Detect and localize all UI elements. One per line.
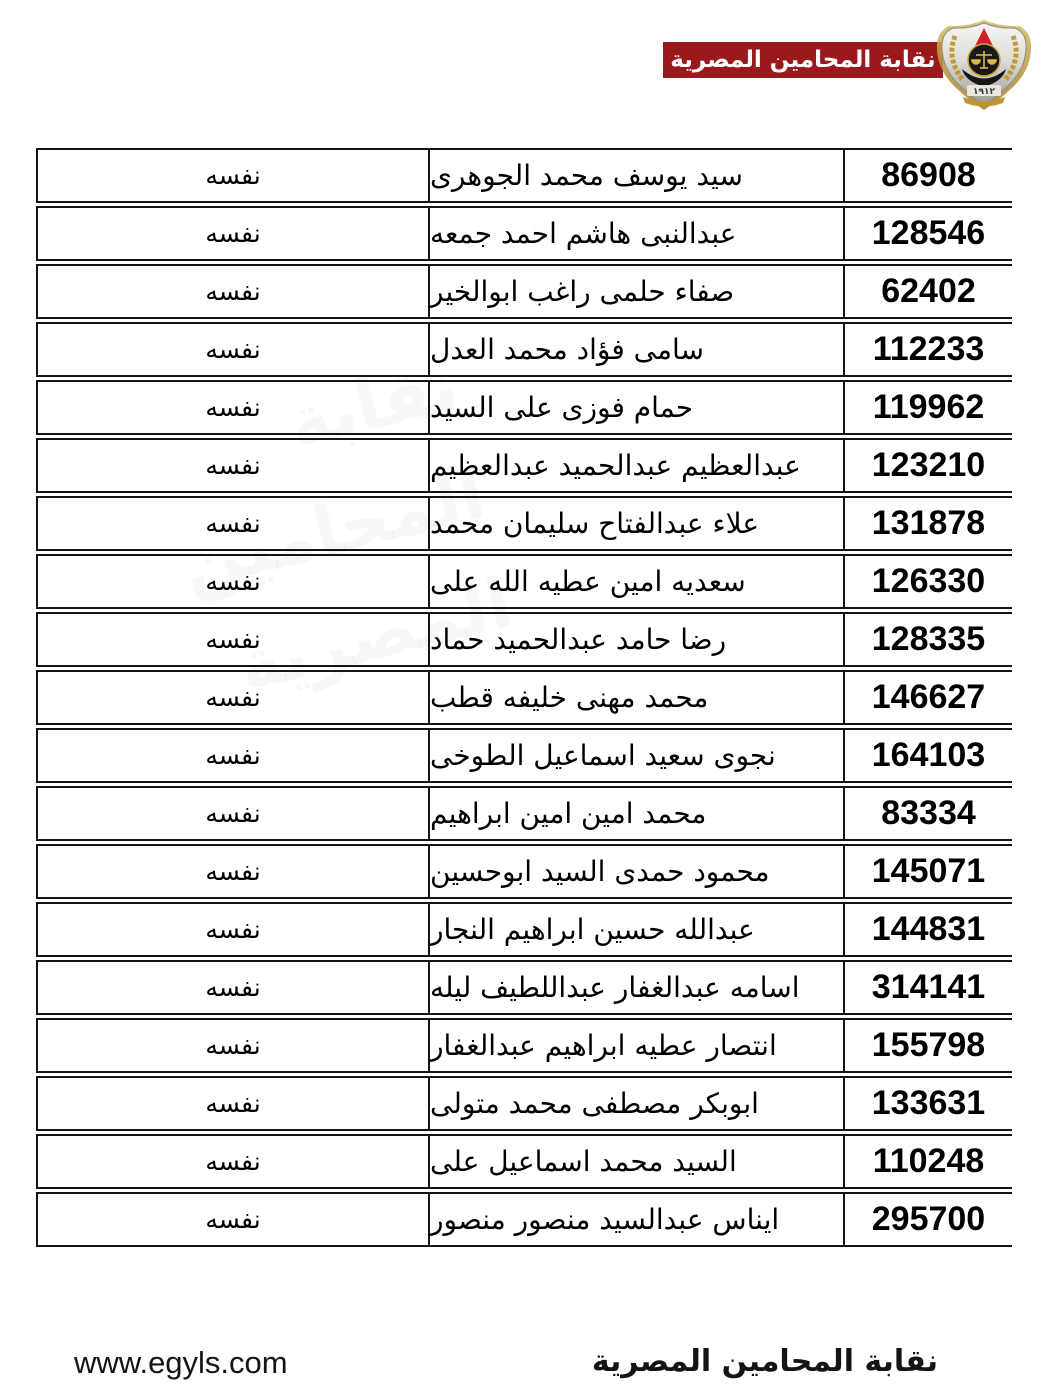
org-title: نقابة المحامين المصرية bbox=[670, 47, 935, 73]
agent-cell: نفسه bbox=[38, 324, 430, 375]
lawyer-name-cell: علاء عبدالفتاح سليمان محمد bbox=[430, 498, 845, 549]
table-row: نفسه ايناس عبدالسيد منصور منصور 295700 bbox=[36, 1192, 1012, 1247]
lawyer-name-cell: رضا حامد عبدالحميد حماد bbox=[430, 614, 845, 665]
lawyer-name-cell: السيد محمد اسماعيل على bbox=[430, 1136, 845, 1187]
footer-org-name: نقابة المحامين المصرية bbox=[592, 1344, 938, 1379]
agent-cell: نفسه bbox=[38, 962, 430, 1013]
registration-number-cell: 119962 bbox=[845, 382, 1012, 433]
table-row: نفسه السيد محمد اسماعيل على 110248 bbox=[36, 1134, 1012, 1189]
registration-number-cell: 155798 bbox=[845, 1020, 1012, 1071]
lawyer-name-cell: عبدالعظيم عبدالحميد عبدالعظيم bbox=[430, 440, 845, 491]
lawyer-name-cell: سعديه امين عطيه الله على bbox=[430, 556, 845, 607]
table-row: نفسه محمد مهنى خليفه قطب 146627 bbox=[36, 670, 1012, 725]
registration-number-cell: 126330 bbox=[845, 556, 1012, 607]
table-row: نفسه محمود حمدى السيد ابوحسين 145071 bbox=[36, 844, 1012, 899]
registration-number-cell: 123210 bbox=[845, 440, 1012, 491]
registration-number-cell: 131878 bbox=[845, 498, 1012, 549]
lawyer-name-cell: محمد امين امين ابراهيم bbox=[430, 788, 845, 839]
footer-website: www.egyls.com bbox=[74, 1345, 288, 1381]
agent-cell: نفسه bbox=[38, 556, 430, 607]
table-row: نفسه محمد امين امين ابراهيم 83334 bbox=[36, 786, 1012, 841]
table-row: نفسه سيد يوسف محمد الجوهرى 86908 bbox=[36, 148, 1012, 203]
registration-number-cell: 83334 bbox=[845, 788, 1012, 839]
lawyer-name-cell: عبدالله حسين ابراهيم النجار bbox=[430, 904, 845, 955]
agent-cell: نفسه bbox=[38, 440, 430, 491]
lawyer-name-cell: محمود حمدى السيد ابوحسين bbox=[430, 846, 845, 897]
agent-cell: نفسه bbox=[38, 788, 430, 839]
registration-number-cell: 128335 bbox=[845, 614, 1012, 665]
table-row: نفسه انتصار عطيه ابراهيم عبدالغفار 15579… bbox=[36, 1018, 1012, 1073]
table-row: نفسه صفاء حلمى راغب ابوالخير 62402 bbox=[36, 264, 1012, 319]
table-row: نفسه سامى فؤاد محمد العدل 112233 bbox=[36, 322, 1012, 377]
table-row: نفسه عبدالعظيم عبدالحميد عبدالعظيم 12321… bbox=[36, 438, 1012, 493]
agent-cell: نفسه bbox=[38, 498, 430, 549]
agent-cell: نفسه bbox=[38, 1136, 430, 1187]
agent-cell: نفسه bbox=[38, 1194, 430, 1245]
agent-cell: نفسه bbox=[38, 1020, 430, 1071]
lawyer-name-cell: اسامه عبدالغفار عبداللطيف ليله bbox=[430, 962, 845, 1013]
lawyer-name-cell: صفاء حلمى راغب ابوالخير bbox=[430, 266, 845, 317]
registration-number-cell: 164103 bbox=[845, 730, 1012, 781]
lawyer-name-cell: سامى فؤاد محمد العدل bbox=[430, 324, 845, 375]
agent-cell: نفسه bbox=[38, 730, 430, 781]
agent-cell: نفسه bbox=[38, 904, 430, 955]
table-row: نفسه سعديه امين عطيه الله على 126330 bbox=[36, 554, 1012, 609]
agent-cell: نفسه bbox=[38, 208, 430, 259]
agent-cell: نفسه bbox=[38, 266, 430, 317]
bar-association-emblem-logo: ١٩١٢ bbox=[933, 18, 1035, 112]
registration-number-cell: 62402 bbox=[845, 266, 1012, 317]
table-row: نفسه نجوى سعيد اسماعيل الطوخى 164103 bbox=[36, 728, 1012, 783]
table-row: نفسه ابوبكر مصطفى محمد متولى 133631 bbox=[36, 1076, 1012, 1131]
lawyer-name-cell: ابوبكر مصطفى محمد متولى bbox=[430, 1078, 845, 1129]
lawyer-name-cell: سيد يوسف محمد الجوهرى bbox=[430, 150, 845, 201]
org-title-banner: نقابة المحامين المصرية bbox=[663, 42, 943, 78]
registration-number-cell: 144831 bbox=[845, 904, 1012, 955]
lawyer-name-cell: ايناس عبدالسيد منصور منصور bbox=[430, 1194, 845, 1245]
lawyers-table: نفسه سيد يوسف محمد الجوهرى 86908 نفسه عب… bbox=[36, 148, 1012, 1247]
lawyer-name-cell: حمام فوزى على السيد bbox=[430, 382, 845, 433]
registration-number-cell: 145071 bbox=[845, 846, 1012, 897]
lawyer-name-cell: عبدالنبى هاشم احمد جمعه bbox=[430, 208, 845, 259]
table-row: نفسه حمام فوزى على السيد 119962 bbox=[36, 380, 1012, 435]
table-row: نفسه عبدالله حسين ابراهيم النجار 144831 bbox=[36, 902, 1012, 957]
registration-number-cell: 112233 bbox=[845, 324, 1012, 375]
registration-number-cell: 86908 bbox=[845, 150, 1012, 201]
agent-cell: نفسه bbox=[38, 672, 430, 723]
registration-number-cell: 146627 bbox=[845, 672, 1012, 723]
table-row: نفسه اسامه عبدالغفار عبداللطيف ليله 3141… bbox=[36, 960, 1012, 1015]
agent-cell: نفسه bbox=[38, 382, 430, 433]
lawyer-name-cell: نجوى سعيد اسماعيل الطوخى bbox=[430, 730, 845, 781]
lawyer-name-cell: انتصار عطيه ابراهيم عبدالغفار bbox=[430, 1020, 845, 1071]
table-row: نفسه عبدالنبى هاشم احمد جمعه 128546 bbox=[36, 206, 1012, 261]
lawyer-name-cell: محمد مهنى خليفه قطب bbox=[430, 672, 845, 723]
agent-cell: نفسه bbox=[38, 614, 430, 665]
registration-number-cell: 128546 bbox=[845, 208, 1012, 259]
agent-cell: نفسه bbox=[38, 150, 430, 201]
registration-number-cell: 133631 bbox=[845, 1078, 1012, 1129]
registration-number-cell: 314141 bbox=[845, 962, 1012, 1013]
agent-cell: نفسه bbox=[38, 846, 430, 897]
registration-number-cell: 295700 bbox=[845, 1194, 1012, 1245]
table-row: نفسه علاء عبدالفتاح سليمان محمد 131878 bbox=[36, 496, 1012, 551]
agent-cell: نفسه bbox=[38, 1078, 430, 1129]
emblem-year: ١٩١٢ bbox=[973, 87, 995, 97]
registration-number-cell: 110248 bbox=[845, 1136, 1012, 1187]
table-row: نفسه رضا حامد عبدالحميد حماد 128335 bbox=[36, 612, 1012, 667]
